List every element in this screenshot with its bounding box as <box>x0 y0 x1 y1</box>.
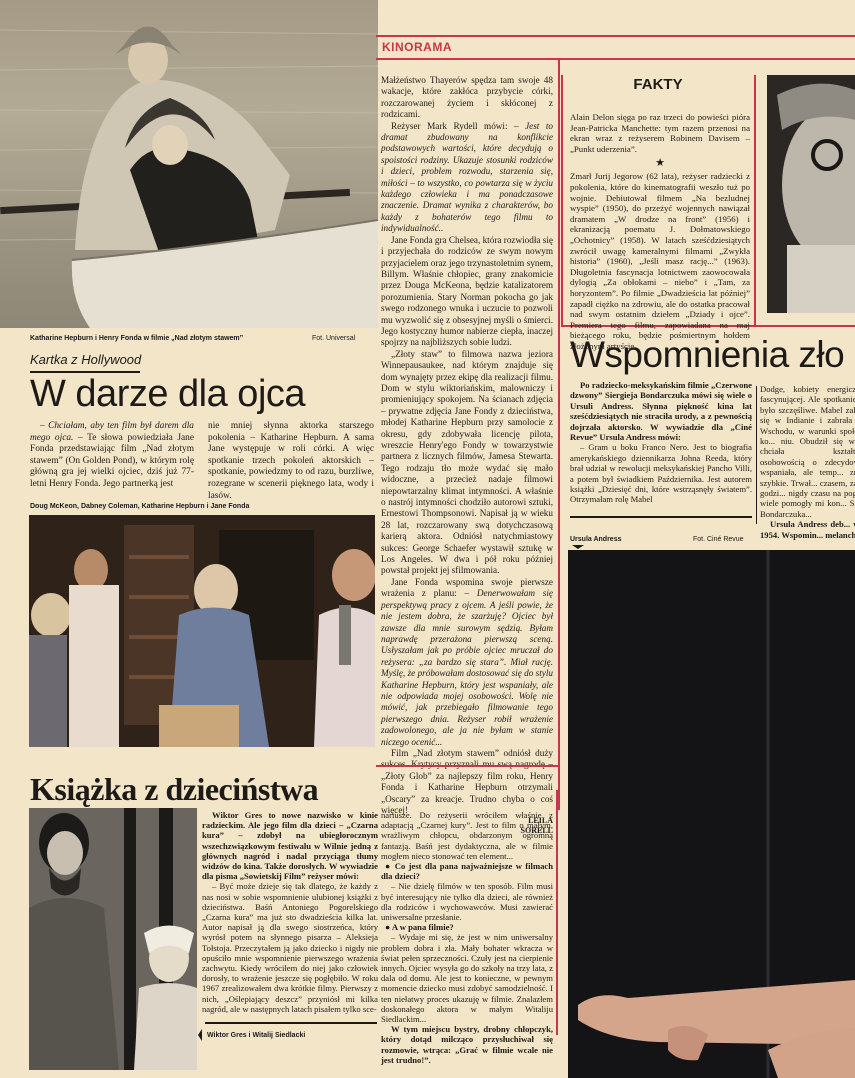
photo-portrait-glasses <box>767 75 855 313</box>
question-2: ● A w pana filmie? <box>381 922 553 932</box>
article1-bottom-rule <box>376 765 560 767</box>
article2-photo-credit: Fot. Ciné Revue <box>693 536 744 543</box>
answer-1: – Nie dzielę filmów w ten sposób. Film m… <box>381 881 553 922</box>
star-separator-icon: ★ <box>570 157 750 169</box>
photo-boat-scene <box>0 0 378 328</box>
article3-lead: Wiktor Gres to nowe nazwisko w kinie rad… <box>202 810 378 881</box>
article1-title: W darze dla ojca <box>30 373 305 415</box>
col3-p1: Małżeństwo Thayerów spędza tam swoje 48 … <box>381 75 553 121</box>
article2-photo-caption: Ursula Andress <box>570 536 621 543</box>
answer-2: – Wydaje mi się, że jest w nim uniwersal… <box>381 932 553 1024</box>
article3-p1: – Być może dzieje się tak dlatego, że ka… <box>202 881 378 1014</box>
col3-p6: Film „Nad złotym stawem” odniósł duży su… <box>381 748 553 816</box>
col3-p2-intro: Reżyser Mark Rydell mówi: – <box>391 121 525 131</box>
article3-title: Książka z dzieciństwa <box>30 770 318 808</box>
article3-rule <box>205 1022 377 1024</box>
article3-col1: Wiktor Gres to nowe nazwisko w kinie rad… <box>202 810 378 1014</box>
article2-lead: Po radziecko-meksykańskim filmie „Czerwo… <box>570 380 752 442</box>
photo-man-and-boy <box>29 808 197 1070</box>
lead-text-col2: nie mniej słynna aktorka starszego pokol… <box>208 421 374 502</box>
fakty-rule-left <box>561 75 563 325</box>
article1-lead-col2: nie mniej słynna aktorka starszego pokol… <box>208 421 374 502</box>
col3-p2-quote: Jest to dramat zbudowany na konflikcie p… <box>381 121 553 234</box>
fakty-title: FAKTY <box>563 76 753 93</box>
article2-title: Wspomnienia zło <box>570 334 844 376</box>
article2-col2-text: Dodge, kobiety energicz-nej i fascynując… <box>760 384 855 519</box>
article1-column3: Małżeństwo Thayerów spędza tam swoje 48 … <box>381 75 553 836</box>
article1-lead-col1: – Chciałam, aby ten film był darem dla m… <box>30 421 194 491</box>
article2-body: – Gram u boku Franco Nero. Jest to biogr… <box>570 442 752 504</box>
caption-pointer-left-icon <box>198 1029 202 1041</box>
man-boy-illustration-icon <box>29 808 197 1070</box>
fakty-item-1: Alain Delon sięga po raz trzeci do powie… <box>570 112 750 154</box>
photo2-caption: Doug McKeon, Dabney Coleman, Katharine H… <box>30 503 249 510</box>
header-rule-bottom <box>376 58 855 60</box>
caption-pointer-icon <box>572 545 584 549</box>
legs-illustration-icon <box>568 550 855 1078</box>
fakty-item-2: Zmarł Jurij Jegorow (62 lata), reżyser r… <box>570 171 750 351</box>
photo1-credit: Fot. Universal <box>312 335 355 342</box>
article1-kicker: Kartka z Hollywood <box>30 352 141 367</box>
article2-col2-bold: Ursula Andress deb... w roku 1954. Wspom… <box>760 519 855 540</box>
article2-rule <box>570 516 752 518</box>
portrait-illustration-icon <box>767 75 855 313</box>
column-rule-right <box>558 60 560 810</box>
section-label: KINORAMA <box>382 40 452 54</box>
photo-library-scene <box>29 515 375 747</box>
article2-col-divider <box>756 386 757 524</box>
article2-col2: Dodge, kobiety energicz-nej i fascynując… <box>760 384 855 540</box>
closing-remark: W tym miejscu bystry, drobny chłopczyk, … <box>381 1024 553 1065</box>
library-scene-illustration-icon <box>29 515 375 747</box>
header-rule-top <box>376 35 855 37</box>
boat-scene-illustration-icon <box>0 0 378 328</box>
fakty-rule-right <box>754 75 756 325</box>
article3-col2-p1: nariusze. Do reżyserii wróciłem właśnie … <box>381 810 553 861</box>
photo-legs-dark <box>568 550 855 1078</box>
photo1-caption: Katharine Hepburn i Henry Fonda w filmie… <box>30 335 243 342</box>
fakty-body: Alain Delon sięga po raz trzeci do powie… <box>570 112 750 351</box>
article3-photo-caption: Wiktor Gres i Witalij Siedlacki <box>207 1032 305 1039</box>
col3-p5-quote: Denerwowałam się perspektywą pracy z ojc… <box>381 588 553 746</box>
article2-col1: Po radziecko-meksykańskim filmie „Czerwo… <box>570 380 752 505</box>
article3-col2: nariusze. Do reżyserii wróciłem właśnie … <box>381 810 553 1065</box>
col3-p3: Jane Fonda gra Chelsea, która rozwiodła … <box>381 235 553 349</box>
article3-rule-right <box>556 790 558 1035</box>
col3-p4: „Złoty staw” to filmowa nazwa jeziora Wi… <box>381 349 553 577</box>
question-1: ● Co jest dla pana najważniejsze w filma… <box>381 861 553 881</box>
